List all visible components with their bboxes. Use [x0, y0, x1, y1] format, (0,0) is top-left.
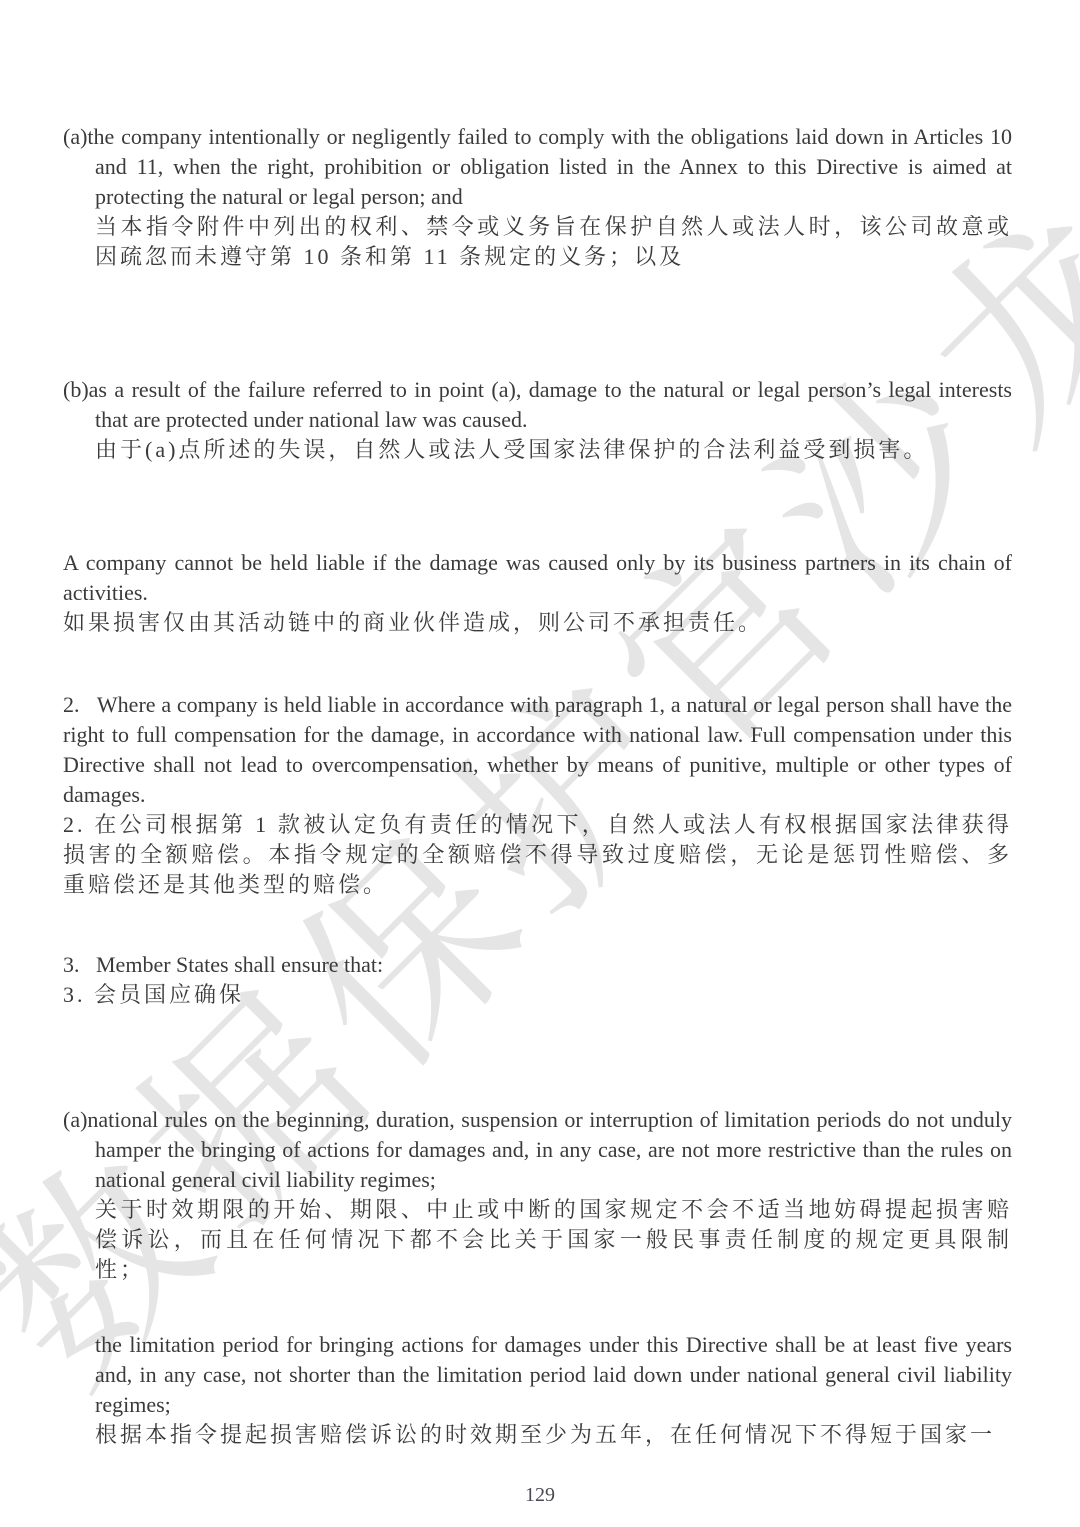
paragraph-3-member-states: 3. Member States shall ensure that: 3. 会…	[63, 950, 1012, 1010]
chinese-translation: 当本指令附件中列出的权利、禁令或义务旨在保护自然人或法人时，该公司故意或因疏忽而…	[63, 212, 1012, 272]
paragraph-liability-note: A company cannot be held liable if the d…	[63, 548, 1012, 638]
chinese-translation: 2. 在公司根据第 1 款被认定负有责任的情况下，自然人或法人有权根据国家法律获…	[63, 810, 1012, 900]
chinese-translation: 3. 会员国应确保	[63, 980, 1012, 1010]
english-text: the limitation period for bringing actio…	[63, 1330, 1012, 1420]
english-text: 2. Where a company is held liable in acc…	[63, 690, 1012, 810]
chinese-translation: 如果损害仅由其活动链中的商业伙伴造成，则公司不承担责任。	[63, 608, 1012, 638]
paragraph-point-a: (a)the company intentionally or negligen…	[63, 122, 1012, 272]
paragraph-point-b: (b)as a result of the failure referred t…	[63, 375, 1012, 465]
paragraph-limitation-period: the limitation period for bringing actio…	[63, 1330, 1012, 1450]
paragraph-2-compensation: 2. Where a company is held liable in acc…	[63, 690, 1012, 900]
page-number: 129	[0, 1484, 1080, 1507]
english-text: (a)the company intentionally or negligen…	[63, 122, 1012, 212]
english-text: A company cannot be held liable if the d…	[63, 548, 1012, 608]
paragraph-point-a-limitation: (a)national rules on the beginning, dura…	[63, 1105, 1012, 1285]
english-text: (b)as a result of the failure referred t…	[63, 375, 1012, 435]
chinese-translation: 由于(a)点所述的失误，自然人或法人受国家法律保护的合法利益受到损害。	[63, 435, 1012, 465]
chinese-translation: 根据本指令提起损害赔偿诉讼的时效期至少为五年，在任何情况下不得短于国家一	[63, 1420, 1012, 1450]
english-text: (a)national rules on the beginning, dura…	[63, 1105, 1012, 1195]
english-text: 3. Member States shall ensure that:	[63, 950, 1012, 980]
chinese-translation: 关于时效期限的开始、期限、中止或中断的国家规定不会不适当地妨碍提起损害赔偿诉讼，…	[63, 1195, 1012, 1285]
document-page: (a)the company intentionally or negligen…	[0, 0, 1080, 1527]
